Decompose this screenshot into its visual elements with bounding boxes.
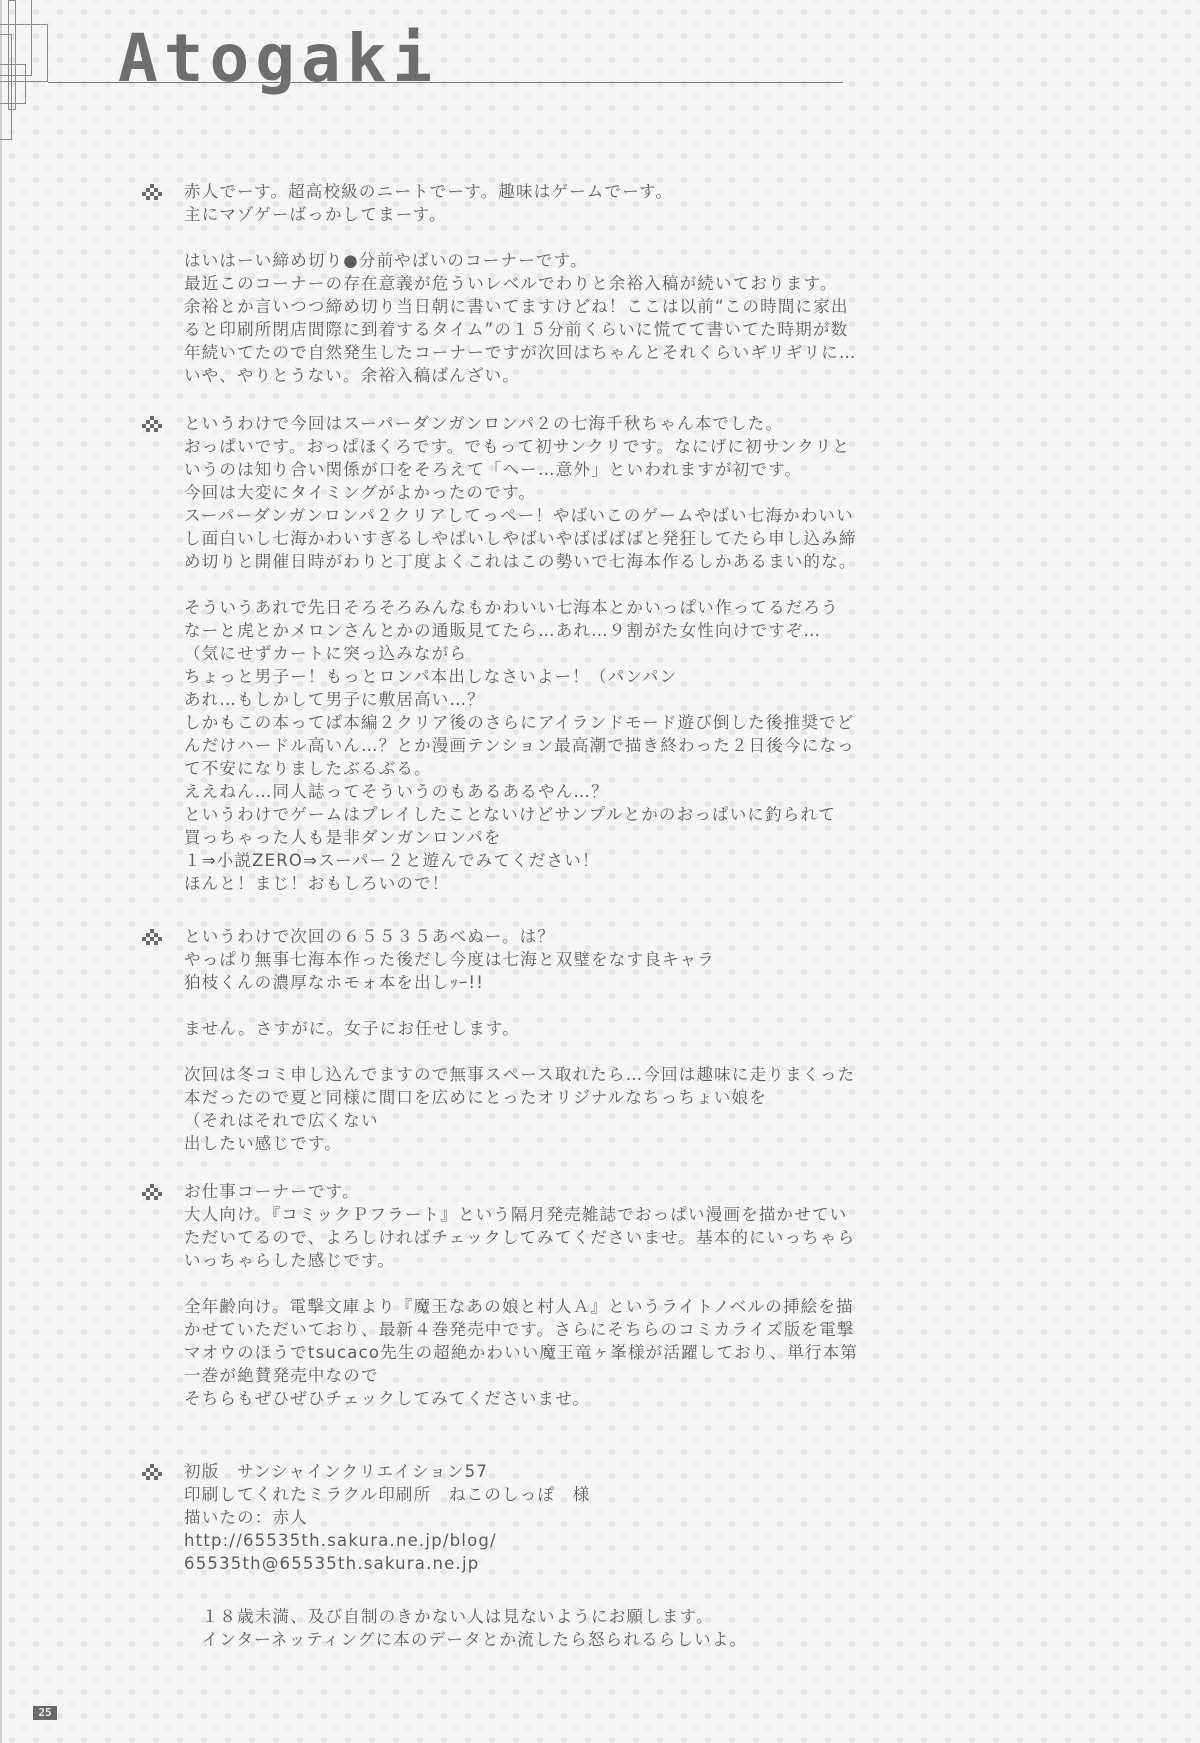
text-line: そういうあれで先日そろそろみんなもかわいい七海本とかいっぱい作ってるだろう	[184, 596, 980, 619]
colophon-email: 65535th@65535th.sakura.ne.jp	[184, 1552, 980, 1575]
text-line: １⇒小説ZERO⇒スーパー２と遊んでみてください！	[184, 849, 980, 872]
colophon-url: http://65535th.sakura.ne.jp/blog/	[184, 1529, 980, 1552]
text-line: 出したい感じです。	[184, 1132, 980, 1155]
colophon-printer: 印刷してくれたミラクル印刷所 ねこのしっぽ 様	[184, 1483, 980, 1506]
text-line: いうのは知り合い関係が口をそろえて「へー…意外」といわれますが初です。	[184, 458, 980, 481]
age-notice: １８歳未満、及び自制のきかない人は見ないようにお願します。	[184, 1605, 980, 1628]
text-line: マオウのほうでtsucaco先生の超絶かわいい魔王竜ヶ峯様が活躍しており、単行本…	[184, 1341, 980, 1364]
text-line: ただいてるので、よろしければチェックしてみてくださいませ。基本的にいっちゃら	[184, 1226, 980, 1249]
diamond-dots-icon	[142, 1464, 162, 1480]
text-line: というわけでゲームはプレイしたことないけどサンプルとかのおっぱいに釣られて	[184, 803, 980, 826]
diamond-dots-icon	[142, 1184, 162, 1200]
text-line: 本だったので夏と同様に間口を広めにとったオリジナルなちっちょい娘を	[184, 1086, 980, 1109]
text-line: ええねん…同人誌ってそういうのもあるあるやん…？	[184, 780, 980, 803]
text-line: スーパーダンガンロンパ２クリアしてっぺー！やばいこのゲームやばい七海かわいい	[184, 504, 980, 527]
text-line: 最近このコーナーの存在意義が危ういレベルでわりと余裕入稿が続いております。	[184, 272, 980, 295]
text-line: なーと虎とかメロンさんとかの通販見てたら…あれ…９割がた女性向けですぞ…	[184, 619, 980, 642]
text-line: 赤人でーす。超高校級のニートでーす。趣味はゲームでーす。	[184, 180, 980, 203]
text-line: （それはそれで広くない	[184, 1109, 980, 1132]
text-line: 余裕とか言いつつ締め切り当日朝に書いてますけどね！ここは以前“この時間に家出	[184, 295, 980, 318]
diamond-dots-icon	[142, 929, 162, 945]
text-line: 年続いてたので自然発生したコーナーですが次回はちゃんとそれくらいギリギリに…	[184, 341, 980, 364]
piracy-notice: インターネッティングに本のデータとか流したら怒られるらしいよ。	[184, 1628, 980, 1651]
text-line: め切りと開催日時がわりと丁度よくこれはこの勢いで七海本作るしかあるまい的な。	[184, 550, 980, 573]
text-line: いっちゃらした感じです。	[184, 1249, 980, 1272]
diamond-dots-icon	[142, 416, 162, 432]
text-line: んだけハードル高いん…？とか漫画テンション最高潮で描き終わった２日後今になっ	[184, 734, 980, 757]
text-line: 一巻が絶賛発売中なので	[184, 1364, 980, 1387]
text-line: ません。さすがに。女子にお任せします。	[184, 1017, 980, 1040]
text-line: 狛枝くんの濃厚なホモォ本を出しｯｰ!!	[184, 971, 980, 994]
text-line: かせていただいており、最新４巻発売中です。さらにそちらのコミカライズ版を電撃	[184, 1318, 980, 1341]
text-line: 買っちゃった人も是非ダンガンロンパを	[184, 826, 980, 849]
text-line: あれ…もしかして男子に敷居高い…？	[184, 688, 980, 711]
text-line: というわけで今回はスーパーダンガンロンパ２の七海千秋ちゃん本でした。	[184, 412, 980, 435]
colophon-artist: 描いたの：赤人	[184, 1506, 980, 1529]
text-line: はいはーい締め切り●分前やばいのコーナーです。	[184, 249, 980, 272]
title-underline	[48, 82, 843, 83]
text-line: し面白いし七海かわいすぎるしやばいしやばいやばばばばと発狂してたら申し込み締	[184, 527, 980, 550]
text-line: というわけで次回の６５５３５あべぬー。は？	[184, 925, 980, 948]
text-line: やっぱり無事七海本作った後だし今度は七海と双璧をなす良キャラ	[184, 948, 980, 971]
text-line: 主にマゾゲーばっかしてまーす。	[184, 203, 980, 226]
text-line: 大人向け。『コミックＰフラート』という隔月発売雑誌でおっぱい漫画を描かせてい	[184, 1203, 980, 1226]
text-line: て不安になりましたぶるぶる。	[184, 757, 980, 780]
text-line: 次回は冬コミ申し込んでますので無事スペース取れたら…今回は趣味に走りまくった	[184, 1063, 980, 1086]
text-line: しかもこの本ってば本編２クリア後のさらにアイランドモード遊び倒した後推奨でど	[184, 711, 980, 734]
text-line: ちょっと男子ー！もっとロンパ本出しなさいよー！（パンパン	[184, 665, 980, 688]
text-line: おっぱいです。おっぱほくろです。でもって初サンクリです。なにげに初サンクリと	[184, 435, 980, 458]
text-line: 今回は大変にタイミングがよかったのです。	[184, 481, 980, 504]
text-line: ほんと！まじ！おもしろいので！	[184, 872, 980, 895]
section-work-corner: お仕事コーナーです。 大人向け。『コミックＰフラート』という隔月発売雑誌でおっぱ…	[150, 1180, 980, 1410]
text-line: そちらもぜひぜひチェックしてみてくださいませ。	[184, 1387, 980, 1410]
section-nanami-book: というわけで今回はスーパーダンガンロンパ２の七海千秋ちゃん本でした。 おっぱいで…	[150, 412, 980, 895]
text-line: 全年齢向け。電撃文庫より『魔王なあの娘と村人Ａ』というライトノベルの挿絵を描	[184, 1295, 980, 1318]
text-line: （気にせずカートに突っ込みながら	[184, 642, 980, 665]
text-line: ると印刷所閉店間際に到着するタイム”の１５分前くらいに慌てて書いてた時期が数	[184, 318, 980, 341]
section-intro: 赤人でーす。超高校級のニートでーす。趣味はゲームでーす。 主にマゾゲーばっかして…	[150, 180, 980, 387]
corner-frame	[0, 64, 26, 104]
page-number: 25	[33, 1706, 57, 1720]
text-line: いや、やりとうない。余裕入稿ばんざい。	[184, 364, 980, 387]
colophon-edition: 初版 サンシャインクリエイション57	[184, 1460, 980, 1483]
diamond-dots-icon	[142, 184, 162, 200]
section-next-book: というわけで次回の６５５３５あべぬー。は？ やっぱり無事七海本作った後だし今度は…	[150, 925, 980, 1155]
text-line: お仕事コーナーです。	[184, 1180, 980, 1203]
page-edge	[0, 0, 2, 1743]
section-colophon: 初版 サンシャインクリエイション57 印刷してくれたミラクル印刷所 ねこのしっぽ…	[150, 1460, 980, 1651]
